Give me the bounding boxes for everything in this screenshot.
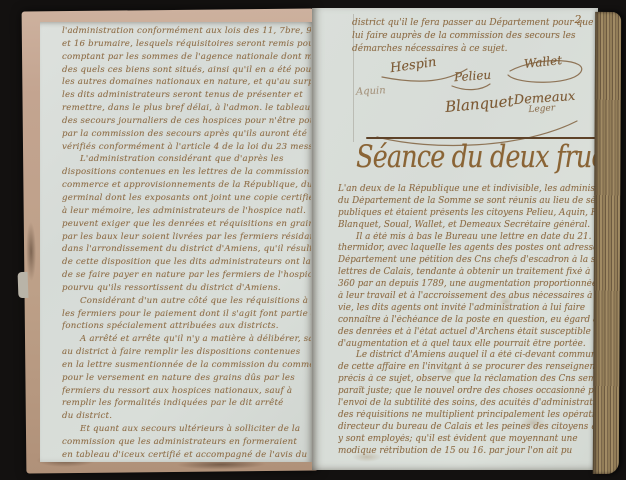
- manuscript-line: lui faire auprès de la commission des se…: [352, 30, 598, 43]
- manuscript-line: vie, les dits agents ont invité l'admini…: [338, 303, 598, 315]
- manuscript-line: directeur du bureau de Calais et les pei…: [338, 422, 598, 434]
- stain: [498, 296, 514, 307]
- manuscript-line: Il a été mis à bas le Bureau une lettre …: [338, 232, 598, 244]
- manuscript-photo: l'administration conformément aux lois d…: [0, 0, 626, 480]
- manuscript-line: commerce et approvisionnements de la Rép…: [62, 179, 311, 192]
- manuscript-line: 360 par an depuis 1789, une augmentation…: [338, 279, 598, 291]
- manuscript-line: à leur travail et à l'accroissement des …: [338, 291, 598, 303]
- stain: [520, 416, 546, 430]
- manuscript-line: précis à ce sujet, observe que la réclam…: [338, 374, 598, 386]
- manuscript-line: les fermiers pour le paiement dont il s'…: [62, 308, 311, 321]
- manuscript-line: de cette affaire en l'invitant à se proc…: [338, 362, 598, 374]
- manuscript-line: dispositions contenues en les lettres de…: [62, 166, 311, 179]
- signature: Pelieu: [454, 68, 492, 85]
- manuscript-line: du Département de la Somme se sont réuni…: [338, 196, 598, 208]
- manuscript-line: paraît juste; que le nouvel ordre des ch…: [338, 386, 598, 398]
- manuscript-line: L'administration considérant que d'après…: [62, 153, 311, 166]
- manuscript-line: vérifiés conformément à l'article 4 de l…: [62, 141, 311, 154]
- manuscript-line: publiques et étaient présents les citoye…: [338, 208, 598, 220]
- manuscript-line: L'an deux de la République une et indivi…: [338, 184, 598, 196]
- manuscript-line: par la commission des secours après qu'i…: [62, 128, 311, 141]
- left-page-text: l'administration conformément aux lois d…: [62, 25, 311, 462]
- manuscript-line: Le district d'Amiens auquel il a été ci-…: [338, 350, 598, 362]
- manuscript-line: du district.: [62, 410, 311, 423]
- manuscript-line: au district à faire remplir les disposit…: [62, 346, 311, 359]
- right-page-body-text: L'an deux de la République une et indivi…: [338, 184, 598, 457]
- manuscript-line: en la lettre susmentionnée de la commiss…: [62, 359, 311, 372]
- manuscript-line: remplir les formalités indiquées par le …: [62, 397, 311, 410]
- manuscript-line: l'administration conformément aux lois d…: [62, 25, 311, 38]
- left-page: l'administration conformément aux lois d…: [40, 22, 312, 462]
- right-page-top-text: district qu'il le fera passer au Départe…: [352, 17, 598, 56]
- manuscript-line: y sont employés; qu'il est évident que m…: [338, 434, 598, 446]
- manuscript-line: et 16 brumaire, lesquels réquisitoires s…: [62, 38, 311, 51]
- manuscript-line: lettres de Calais, tendante à obtenir un…: [338, 267, 598, 279]
- manuscript-line: district qu'il le fera passer au Départe…: [352, 17, 598, 30]
- manuscript-line: des réquisitions ne multiplient principa…: [338, 410, 598, 422]
- manuscript-line: d'augmentation et à quel taux elle pourr…: [338, 339, 598, 351]
- manuscript-line: pourvu qu'ils ressortissent du district …: [62, 282, 311, 295]
- manuscript-line: des quels ces biens sont situés, ainsi q…: [62, 64, 311, 77]
- manuscript-line: peuvent exiger que les denrées et réquis…: [62, 218, 311, 231]
- manuscript-line: comptant par les sommes de l'agence nati…: [62, 51, 311, 64]
- manuscript-line: de se faire payer en nature par les ferm…: [62, 269, 311, 282]
- manuscript-line: fonctions spécialement attribuées aux di…: [62, 320, 311, 333]
- manuscript-line: les dits administrateurs seront tenus de…: [62, 89, 311, 102]
- signature: Aquin: [356, 85, 386, 98]
- manuscript-line: connaître à l'échéance de la poste en qu…: [338, 315, 598, 327]
- manuscript-line: à leur mémoire, les administrateurs de l…: [62, 205, 311, 218]
- manuscript-line: les autres domaines nationaux en nature,…: [62, 76, 311, 89]
- right-page: 2. district qu'il le fera passer au Dépa…: [312, 8, 598, 470]
- manuscript-line: thermidor, avec laquelle les agents des …: [338, 243, 598, 255]
- manuscript-line: Département une pétition des Cns chefs d…: [338, 255, 598, 267]
- stain: [352, 452, 382, 462]
- manuscript-line: en tableau d'iceux certifié et accompagn…: [62, 449, 311, 462]
- manuscript-line: A arrêté et arrête qu'il n'y a matière à…: [62, 333, 311, 346]
- manuscript-line: Et quant aux secours ultérieurs à sollic…: [62, 423, 311, 436]
- manuscript-line: Considérant d'un autre côté que les réqu…: [62, 295, 311, 308]
- page-edge-notch: [18, 272, 29, 298]
- manuscript-line: des secours journaliers de ces hospices …: [62, 115, 311, 128]
- manuscript-line: remettre, dans le plus bref délai, à l'a…: [62, 102, 311, 115]
- manuscript-line: pour le versement en nature des grains d…: [62, 372, 311, 385]
- manuscript-line: dans l'arrondissement du district d'Amie…: [62, 243, 311, 256]
- manuscript-line: par les baux leur soient livrées par les…: [62, 231, 311, 244]
- session-heading: Séance du deux fructidor: [356, 139, 598, 175]
- manuscript-line: fermiers du ressort aux hospices nationa…: [62, 385, 311, 398]
- manuscript-line: des denrées et à l'état actuel d'Archens…: [338, 327, 598, 339]
- signature: Demeaux Leger: [513, 89, 576, 116]
- manuscript-line: germinal dont les exposants ont joint un…: [62, 192, 311, 205]
- stain: [444, 366, 456, 375]
- manuscript-line: l'envoi de la subtilité des soins, des a…: [338, 398, 598, 410]
- manuscript-line: commission que les administrateurs en fo…: [62, 436, 311, 449]
- manuscript-line: de cette disposition que les dits admini…: [62, 256, 311, 269]
- manuscript-line: Blanquet, Soual, Wallet, et Demeaux Secr…: [338, 220, 598, 232]
- book-fore-edge: [593, 12, 621, 474]
